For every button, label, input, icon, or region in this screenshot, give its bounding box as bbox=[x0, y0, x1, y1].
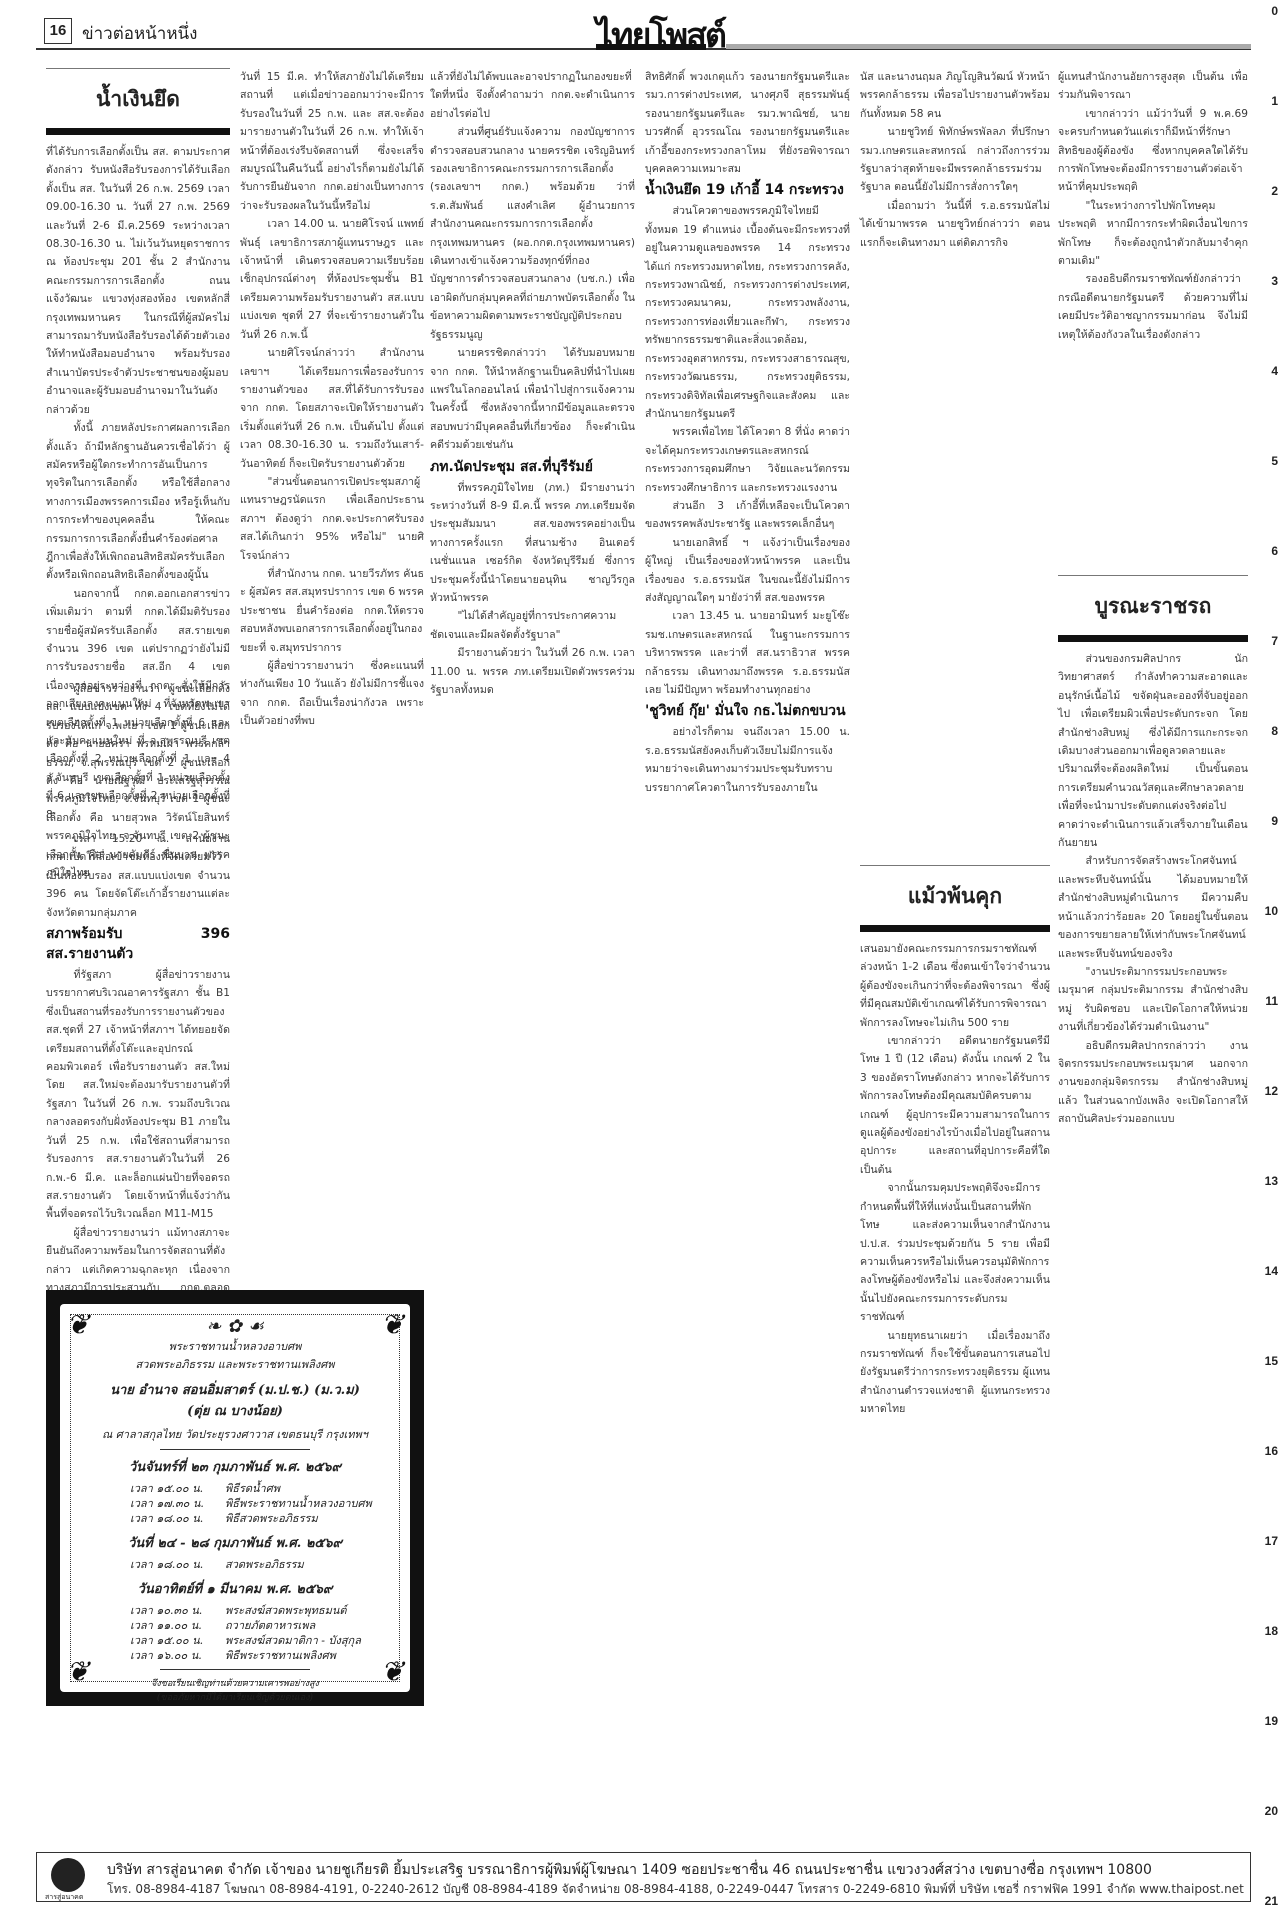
paragraph: ผู้แทนสำนักงานอัยการสูงสุด เป็นต้น เพื่อ… bbox=[1058, 68, 1248, 105]
article-column-2: วันที่ 15 มี.ค. ทำให้สภายังไม่ได้เตรียมส… bbox=[240, 68, 424, 731]
ruler-mark: 18 bbox=[1265, 1624, 1278, 1638]
column-headline: บูรณะราชรถ bbox=[1058, 575, 1248, 642]
paragraph: นัส และนางนฤมล ภิญโญสินวัฒน์ หัวหน้าพรรค… bbox=[860, 68, 1050, 123]
paragraph: นายยุทธนาเผยว่า เมื่อเรื่องมาถึงกรมราชทั… bbox=[860, 1327, 1050, 1419]
paragraph: แล้วที่ยังไม่ได้พบและอาจปรากฏในกองขยะที่… bbox=[430, 68, 635, 123]
paragraph: เขากล่าวว่า อดีตนายกรัฐมนตรีมีโทษ 1 ปี (… bbox=[860, 1032, 1050, 1179]
ruler-mark: 0 bbox=[1271, 4, 1278, 18]
column-headline: แม้วพ้นคุก bbox=[860, 865, 1050, 932]
subheadline: สภาพร้อมรับ 396 สส.รายงานตัว bbox=[46, 924, 230, 964]
logo-tagline-bar bbox=[596, 44, 706, 50]
ruler-mark: 16 bbox=[1265, 1444, 1278, 1458]
paragraph: อธิบดีกรมศิลปากรกล่าวว่า งานจิตรกรรมประก… bbox=[1058, 1037, 1248, 1129]
paragraph: เวลา 13.45 น. นายอามินทร์ มะยูโซ๊ะ รมช.เ… bbox=[645, 607, 850, 699]
ruler-mark: 5 bbox=[1271, 454, 1278, 468]
ruler-mark: 21 bbox=[1265, 1894, 1278, 1908]
paragraph: นายครรชิตกล่าวว่า ได้รับมอบหมายจาก กกต. … bbox=[430, 344, 635, 454]
ruler-mark: 6 bbox=[1271, 544, 1278, 558]
ruler-mark: 19 bbox=[1265, 1714, 1278, 1728]
paragraph: รองอธิบดีกรมราชทัณฑ์ยังกล่าวว่า กรณีอดีต… bbox=[1058, 270, 1248, 344]
paragraph: ส่วนของกรมศิลปากร นักวิทยาศาสตร์ กำลังทำ… bbox=[1058, 650, 1248, 852]
paragraph: "ในระหว่างการไปพักโทษคุมประพฤติ หากมีการ… bbox=[1058, 197, 1248, 271]
page-number: 16 bbox=[44, 18, 72, 44]
paragraph: จากนั้นกรมคุมประพฤติจึงจะมีการกำหนดพื้นท… bbox=[860, 1179, 1050, 1326]
ruler-mark: 12 bbox=[1265, 1084, 1278, 1098]
obituary-notice: ❦ ❦ ❦ ❦ ❧ ✿ ☙ พระราชทานน้ำหลวงอาบศพ สวดพ… bbox=[46, 1290, 424, 1706]
ruler-mark: 14 bbox=[1265, 1264, 1278, 1278]
article-column-5b: แม้วพ้นคุก เสนอมายังคณะกรรมการกรมราชทัณฑ… bbox=[860, 865, 1050, 1419]
publisher-info: บริษัท สารสู่อนาคต จำกัด เจ้าของ นายชูเก… bbox=[107, 1859, 1152, 1881]
obituary-card: ❦ ❦ ❦ ❦ ❧ ✿ ☙ พระราชทานน้ำหลวงอาบศพ สวดพ… bbox=[60, 1304, 410, 1692]
paragraph: เวลา 14.00 น. นายศิโรจน์ แพทย์พันธุ์ เลข… bbox=[240, 215, 424, 344]
paragraph: ผู้สื่อข่าวรายงานว่า ซึ่งคะแนนที่ห่างกัน… bbox=[240, 657, 424, 731]
paragraph: "ไม่ได้สำคัญอยู่ที่การประกาศความชัดเจนแล… bbox=[430, 607, 635, 644]
paragraph: มีรายงานด้วยว่า ในวันที่ 26 ก.พ. เวลา 11… bbox=[430, 644, 635, 699]
paragraph: เขากล่าวว่า แม้ว่าวันที่ 9 พ.ค.69 จะครบก… bbox=[1058, 105, 1248, 197]
paragraph: วันที่ 15 มี.ค. ทำให้สภายังไม่ได้เตรียมส… bbox=[240, 68, 424, 215]
ruler-mark: 13 bbox=[1265, 1174, 1278, 1188]
corner-ornament-icon: ❦ bbox=[381, 1308, 404, 1341]
paragraph: ที่พรรคภูมิใจไทย (ภท.) มีรายงานว่าระหว่า… bbox=[430, 479, 635, 608]
corner-ornament-icon: ❦ bbox=[381, 1655, 404, 1688]
section-title: ข่าวต่อหน้าหนึ่ง bbox=[82, 20, 197, 47]
corner-ornament-icon: ❦ bbox=[66, 1308, 89, 1341]
paragraph: นายศิโรจน์กล่าวว่า สำนักงานเลขาฯ ได้เตรี… bbox=[240, 344, 424, 473]
ruler-mark: 20 bbox=[1265, 1804, 1278, 1818]
ruler-mark: 1 bbox=[1271, 94, 1278, 108]
ruler-mark: 17 bbox=[1265, 1534, 1278, 1548]
masthead: 16 ข่าวต่อหน้าหนึ่ง ไทยโพสต์ bbox=[36, 18, 1251, 50]
column-headline: น้ำเงินยึด bbox=[46, 68, 230, 135]
paragraph: เมื่อถามว่า วันนี้ที่ ร.อ.ธรรมนัสไม่ได้เ… bbox=[860, 197, 1050, 252]
ruler-mark: 11 bbox=[1265, 994, 1278, 1008]
ruler-mark: 8 bbox=[1271, 724, 1278, 738]
ruler-mark: 15 bbox=[1265, 1354, 1278, 1368]
paragraph: สิทธิศักดิ์ พวงเกตุแก้ว รองนายกรัฐมนตรีแ… bbox=[645, 68, 850, 178]
paragraph: นายชูวิทย์ พิทักษ์พรพัลลภ ที่ปรึกษา รมว.… bbox=[860, 123, 1050, 197]
ruler-mark: 4 bbox=[1271, 364, 1278, 378]
ruler-mark: 3 bbox=[1271, 274, 1278, 288]
paragraph: ที่รัฐสภา ผู้สื่อข่าวรายงานบรรยากาศบริเว… bbox=[46, 966, 230, 1224]
article-column-4: สิทธิศักดิ์ พวงเกตุแก้ว รองนายกรัฐมนตรีแ… bbox=[645, 68, 850, 797]
paragraph: เวลา 15.20 น. สำนักงาน กกต.เปิดให้สื่อเข… bbox=[46, 830, 230, 922]
paragraph: ส่วนที่ศูนย์รับแจ้งความ กองบัญชาการตำรวจ… bbox=[430, 123, 635, 344]
article-column-3: แล้วที่ยังไม่ได้พบและอาจปรากฏในกองขยะที่… bbox=[430, 68, 635, 699]
subheadline: น้ำเงินยึด 19 เก้าอี้ 14 กระทรวง bbox=[645, 180, 850, 200]
article-column-6: ผู้แทนสำนักงานอัยการสูงสุด เป็นต้น เพื่อ… bbox=[1058, 68, 1248, 344]
paragraph: เสนอมายังคณะกรรมการกรมราชทัณฑ์ล่วงหน้า 1… bbox=[860, 940, 1050, 1032]
header-rule bbox=[726, 44, 1251, 49]
page-ruler: 0 1 2 3 4 5 6 7 8 9 10 11 12 13 14 15 16… bbox=[1252, 0, 1286, 1920]
paragraph: "งานประติมากรรมประกอบพระเมรุมาศ กลุ่มประ… bbox=[1058, 963, 1248, 1037]
ruler-mark: 9 bbox=[1271, 814, 1278, 828]
paragraph: ทั้งนี้ ภายหลังประกาศผลการเลือกตั้งแล้ว … bbox=[46, 419, 230, 585]
publisher-logo-icon bbox=[51, 1858, 85, 1892]
subheadline: 'ชูวิทย์ กุ๊ย' มั่นใจ กธ.ไม่ตกขบวน bbox=[645, 701, 850, 721]
subheadline: ภท.นัดประชุม สส.ที่บุรีรัมย์ bbox=[430, 457, 635, 477]
article-column-6b: บูรณะราชรถ ส่วนของกรมศิลปากร นักวิทยาศาส… bbox=[1058, 575, 1248, 1129]
paragraph: ส่วนอีก 3 เก้าอี้ที่เหลือจะเป็นโควตาของพ… bbox=[645, 497, 850, 534]
publisher-footer: สารสู่อนาคต บริษัท สารสู่อนาคต จำกัด เจ้… bbox=[36, 1852, 1251, 1902]
article-column-1c: เวลา 15.20 น. สำนักงาน กกต.เปิดให้สื่อเข… bbox=[46, 830, 230, 1334]
paragraph: ส่วนโควตาของพรรคภูมิใจไทยมีทั้งหมด 19 ตำ… bbox=[645, 202, 850, 423]
ruler-mark: 7 bbox=[1271, 634, 1278, 648]
publisher-contacts: โทร. 08-8984-4187 โฆษณา 08-8984-4191, 0-… bbox=[107, 1880, 1244, 1899]
publisher-logo-caption: สารสู่อนาคต bbox=[45, 1892, 83, 1903]
corner-ornament-icon: ❦ bbox=[66, 1655, 89, 1688]
paragraph: นายเอกสิทธิ์ ฯ แจ้งว่าเป็นเรื่องของผู้ให… bbox=[645, 534, 850, 608]
apology-note: (ขออภัยหากมิได้มาเรียนเชิญด้วยตนเอง) bbox=[80, 1690, 390, 1704]
article-column-5: นัส และนางนฤมล ภิญโญสินวัฒน์ หัวหน้าพรรค… bbox=[860, 68, 1050, 252]
paragraph: ที่สำนักงาน กกต. นายวีรภัทร คันธะ ผู้สมั… bbox=[240, 565, 424, 657]
ruler-mark: 10 bbox=[1265, 904, 1278, 918]
paragraph: สำหรับการจัดสร้างพระโกศจันทน์และพระหีบจั… bbox=[1058, 852, 1248, 962]
paragraph: "ส่วนขั้นตอนการเปิดประชุมสภาผู้แทนราษฎรน… bbox=[240, 473, 424, 565]
paragraph: ที่ได้รับการเลือกตั้งเป็น สส. ตามประกาศด… bbox=[46, 143, 230, 419]
dotted-frame bbox=[70, 1314, 400, 1682]
paragraph: อย่างไรก็ตาม จนถึงเวลา 15.00 น. ร.อ.ธรรม… bbox=[645, 723, 850, 797]
newspaper-logo: ไทยโพสต์ bbox=[596, 8, 725, 62]
ruler-mark: 2 bbox=[1271, 184, 1278, 198]
paragraph: พรรคเพื่อไทย ได้โควตา 8 ที่นั่ง คาดว่าจะ… bbox=[645, 423, 850, 497]
